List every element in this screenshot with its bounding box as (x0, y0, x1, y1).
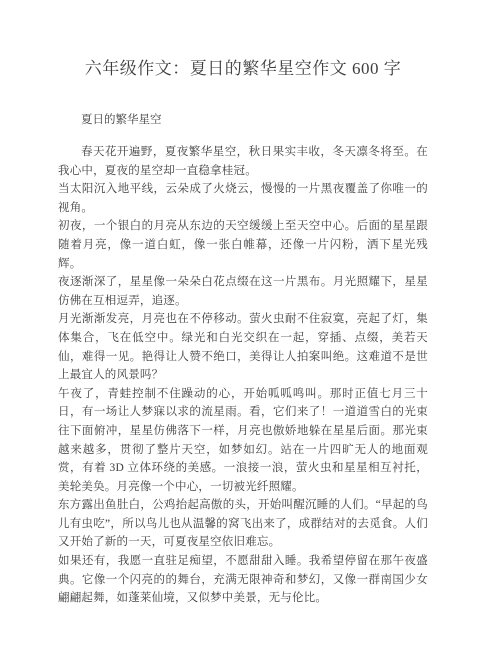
essay-paragraph: 夜逐渐深了，星星像一朵朵白花点缀在这一片黑布。月光照耀下，星星仿佛在互相逗弄，追… (58, 273, 428, 310)
essay-paragraph: 午夜了，青蛙控制不住躁动的心，开始呱呱鸣叫。那时正值七月三十日，有一场让人梦寐以… (58, 385, 428, 497)
essay-paragraph: 春天花开遍野，夏夜繁华星空，秋日果实丰收，冬天凛冬将至。在我心中，夏夜的星空却一… (58, 143, 428, 180)
essay-paragraph: 初夜，一个银白的月亮从东边的天空缓缓上至天空中心。后面的星星跟随着月亮，像一道白… (58, 217, 428, 273)
essay-paragraph: 月光渐渐发亮，月亮也在不停移动。萤火虫耐不住寂寞，亮起了灯，集体集合，飞在低空中… (58, 310, 428, 384)
essay-paragraph: 如果还有，我愿一直驻足痴望，不愿甜甜入睡。我希望停留在那午夜盛典。它像一个闪亮的… (58, 552, 428, 608)
essay-paragraph: 当太阳沉入地平线，云朵成了火烧云，慢慢的一片黑夜覆盖了你唯一的视角。 (58, 180, 428, 217)
essay-paragraph: 东方露出鱼肚白，公鸡抬起高傲的头，开始叫醒沉睡的人们。“早起的鸟儿有虫吃”，所以… (58, 496, 428, 552)
essay-title: 六年级作文：夏日的繁华星空作文 600 字 (58, 57, 428, 81)
essay-subtitle: 夏日的繁华星空 (58, 111, 428, 130)
document-page: 六年级作文：夏日的繁华星空作文 600 字 夏日的繁华星空 春天花开遍野，夏夜繁… (0, 0, 500, 647)
essay-body: 春天花开遍野，夏夜繁华星空，秋日果实丰收，冬天凛冬将至。在我心中，夏夜的星空却一… (58, 143, 428, 608)
